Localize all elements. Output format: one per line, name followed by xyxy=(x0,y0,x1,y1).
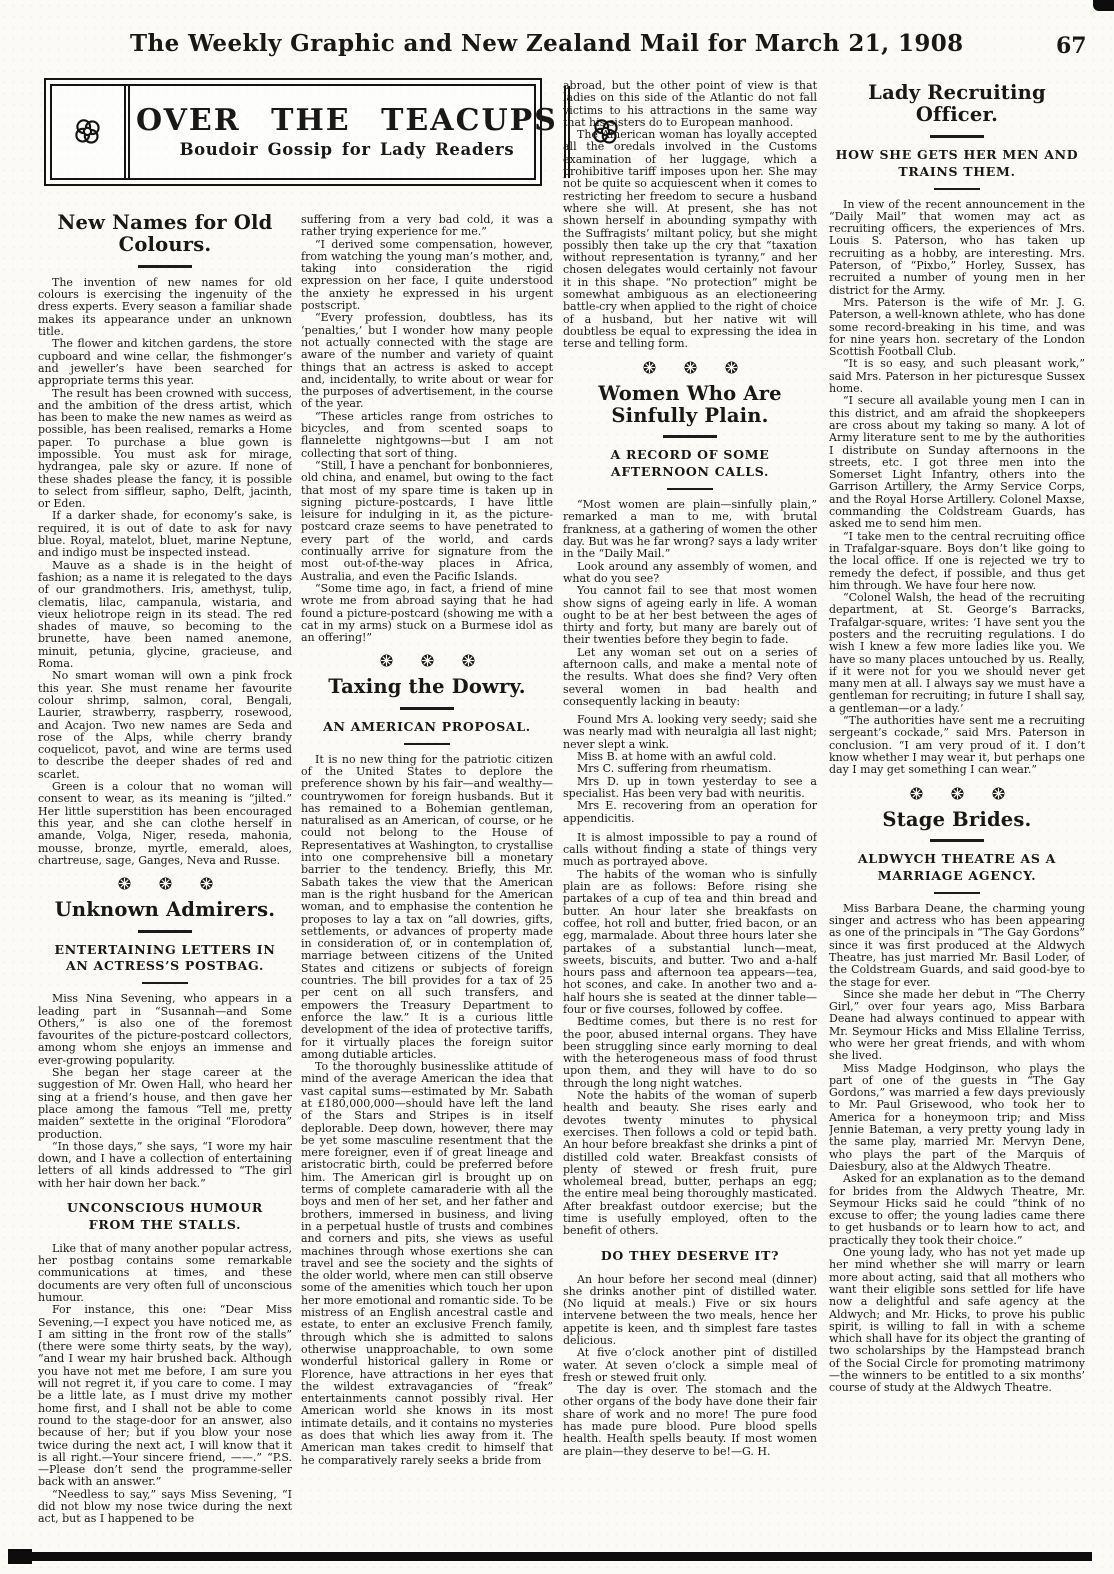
article-taxing-the-dowry-continued: abroad, but the other point of view is t… xyxy=(563,80,817,351)
article-taxing-the-dowry: Taxing the Dowry. AN AMERICAN PROPOSAL. … xyxy=(301,676,553,1467)
article-body: It is almost impossible to pay a round o… xyxy=(563,832,817,1238)
paragraph: She began her stage career at the sugges… xyxy=(38,1067,292,1141)
article-subhead: ENTERTAINING LETTERS IN AN ACTRESS’S POS… xyxy=(44,942,286,976)
asterisk-rosette-icon xyxy=(462,654,475,667)
subhead-rule xyxy=(934,188,980,190)
asterisk-rosette-icon xyxy=(159,877,172,890)
paragraph: abroad, but the other point of view is t… xyxy=(563,80,817,129)
rosette-flower-icon xyxy=(70,114,106,150)
article-subhead: UNCONSCIOUS HUMOUR FROM THE STALLS. xyxy=(44,1200,286,1234)
paragraph: Note the habits of the woman of superb h… xyxy=(563,1090,817,1238)
asterisk-rosette-icon xyxy=(380,654,393,667)
column-2: suffering from a very bad cold, it was a… xyxy=(301,214,553,1548)
headline-rule xyxy=(138,265,192,268)
article-body: Miss Nina Sevening, who appears in a lea… xyxy=(38,993,292,1190)
headline-rule xyxy=(138,930,192,933)
article-body: suffering from a very bad cold, it was a… xyxy=(301,214,553,644)
paragraph: “Every profession, doubtless, has its ‘p… xyxy=(301,312,553,410)
paragraph: An hour before her second meal (dinner) … xyxy=(563,1274,817,1348)
article-title: Lady Recruiting Officer. xyxy=(829,82,1085,127)
banner-subtitle: Boudoir Gossip for Lady Readers xyxy=(180,140,515,159)
asterisk-rosette-icon xyxy=(910,787,923,800)
afternoon-calls-list: Found Mrs A. looking very seedy; said sh… xyxy=(563,714,817,825)
column-3: abroad, but the other point of view is t… xyxy=(563,80,817,1550)
paragraph: Green is a colour that no woman will con… xyxy=(38,781,292,867)
paragraph: Let any woman set out on a series of aft… xyxy=(563,647,817,708)
paragraph: One young lady, who has not yet made up … xyxy=(829,1247,1085,1395)
paragraph: “These articles range from ostriches to … xyxy=(301,411,553,460)
asterisk-rosette-icon xyxy=(643,361,656,374)
paragraph: “The authorities have sent me a recruiti… xyxy=(829,715,1085,776)
teacups-banner-frame: OVER THE TEACUPS Boudoir Gossip for Lady… xyxy=(50,84,536,180)
teacups-banner: OVER THE TEACUPS Boudoir Gossip for Lady… xyxy=(44,78,542,186)
paragraph: Mrs. Paterson is the wife of Mr. J. G. P… xyxy=(829,297,1085,358)
call-entry: Mrs D. up in town yesterday to see a spe… xyxy=(563,776,817,801)
article-body: It is no new thing for the patriotic cit… xyxy=(301,754,553,1467)
paragraph: If a darker shade, for economy’s sake, i… xyxy=(38,510,292,559)
article-title: Taxing the Dowry. xyxy=(301,676,553,698)
paragraph: “In those days,” she says, “I wore my ha… xyxy=(38,1141,292,1190)
paragraph: In view of the recent announcement in th… xyxy=(829,199,1085,297)
paragraph: “Most women are plain—sinfully plain,” r… xyxy=(563,499,817,560)
article-unknown-admirers: Unknown Admirers. ENTERTAINING LETTERS I… xyxy=(38,899,292,1526)
article-stage-brides: Stage Brides. ALDWYCH THEATRE AS A MARRI… xyxy=(829,809,1085,1395)
masthead-title: The Weekly Graphic and New Zealand Mail … xyxy=(130,30,890,57)
headline-rule xyxy=(930,839,984,842)
paragraph: Since she made her debut in “The Cherry … xyxy=(829,989,1085,1063)
paragraph: You cannot fail to see that most women s… xyxy=(563,585,817,646)
paragraph: The invention of new names for old colou… xyxy=(38,277,292,338)
article-body: An hour before her second meal (dinner) … xyxy=(563,1274,817,1458)
scan-edge-bottom-bar xyxy=(8,1552,1092,1561)
subhead-rule xyxy=(934,892,980,894)
section-divider-ornament xyxy=(563,361,817,374)
paragraph: “Some time ago, in fact, a friend of min… xyxy=(301,583,553,644)
section-divider-ornament xyxy=(829,787,1085,800)
article-lady-recruiting-officer: Lady Recruiting Officer. HOW SHE GETS HE… xyxy=(829,82,1085,777)
paragraph: Miss Madge Hodginson, who plays the part… xyxy=(829,1063,1085,1174)
paragraph: The flower and kitchen gardens, the stor… xyxy=(38,338,292,387)
article-subhead: DO THEY DESERVE IT? xyxy=(569,1248,811,1265)
call-entry: Mrs C. suffering from rheumatism. xyxy=(563,763,817,775)
article-body: The invention of new names for old colou… xyxy=(38,277,292,867)
paragraph: suffering from a very bad cold, it was a… xyxy=(301,214,553,239)
subhead-rule xyxy=(404,743,450,745)
asterisk-rosette-icon xyxy=(421,654,434,667)
paragraph: “Still, I have a penchant for bonbonnier… xyxy=(301,460,553,583)
article-title: Stage Brides. xyxy=(829,809,1085,831)
article-body: “Most women are plain—sinfully plain,” r… xyxy=(563,499,817,708)
call-entry: Found Mrs A. looking very seedy; said sh… xyxy=(563,714,817,751)
paragraph: Look around any assembly of women, and w… xyxy=(563,561,817,586)
headline-rule xyxy=(930,135,984,138)
paragraph: “Colonel Walsh, the head of the recruiti… xyxy=(829,592,1085,715)
asterisk-rosette-icon xyxy=(118,877,131,890)
paragraph: Like that of many another popular actres… xyxy=(38,1243,292,1304)
article-body: abroad, but the other point of view is t… xyxy=(563,80,817,351)
banner-title-panel: OVER THE TEACUPS Boudoir Gossip for Lady… xyxy=(130,86,564,178)
paragraph: “It is so easy, and such pleasant work,”… xyxy=(829,358,1085,395)
scan-edge-blob xyxy=(8,1549,32,1564)
call-entry: Mrs E. recovering from an operation for … xyxy=(563,800,817,825)
paragraph: The American woman has loyally accepted … xyxy=(563,129,817,350)
page-number: 67 xyxy=(1056,33,1087,59)
scan-corner-speck xyxy=(1093,0,1114,11)
article-title: New Names for Old Colours. xyxy=(38,212,292,257)
paragraph: Bedtime comes, but there is no rest for … xyxy=(563,1016,817,1090)
paragraph: Mauve as a shade is in the height of fas… xyxy=(38,560,292,671)
banner-left-panel xyxy=(52,86,130,178)
article-subhead: A RECORD OF SOME AFTERNOON CALLS. xyxy=(569,447,811,481)
paragraph: “I derived some compensation, however, f… xyxy=(301,239,553,313)
asterisk-rosette-icon xyxy=(992,787,1005,800)
column-1: New Names for Old Colours. The invention… xyxy=(38,212,292,1548)
article-women-who-are-sinfully-plain: Women Who Are Sinfully Plain. A RECORD O… xyxy=(563,383,817,1458)
paragraph: It is almost impossible to pay a round o… xyxy=(563,832,817,869)
section-divider-ornament xyxy=(38,877,292,890)
paragraph: Miss Nina Sevening, who appears in a lea… xyxy=(38,993,292,1067)
subhead-rule xyxy=(667,488,713,490)
article-subhead: HOW SHE GETS HER MEN AND TRAINS THEM. xyxy=(835,147,1079,181)
article-body: In view of the recent announcement in th… xyxy=(829,199,1085,777)
paragraph: The habits of the woman who is sinfully … xyxy=(563,869,817,1017)
article-body: Like that of many another popular actres… xyxy=(38,1243,292,1526)
paragraph: “I take men to the central recruiting of… xyxy=(829,531,1085,592)
article-subhead: AN AMERICAN PROPOSAL. xyxy=(307,719,547,736)
subhead-rule xyxy=(142,982,188,984)
paragraph: No smart woman will own a pink frock thi… xyxy=(38,670,292,781)
paragraph: “I secure all available young men I can … xyxy=(829,395,1085,530)
headline-rule xyxy=(400,707,454,710)
paragraph: It is no new thing for the patriotic cit… xyxy=(301,754,553,1061)
paragraph: Miss Barbara Deane, the charming young s… xyxy=(829,903,1085,989)
paragraph: “Needless to say,” says Miss Sevening, “… xyxy=(38,1489,292,1526)
column-4: Lady Recruiting Officer. HOW SHE GETS HE… xyxy=(829,82,1085,1550)
article-unknown-admirers-continued: suffering from a very bad cold, it was a… xyxy=(301,214,553,644)
asterisk-rosette-icon xyxy=(200,877,213,890)
asterisk-rosette-icon xyxy=(951,787,964,800)
article-body: Miss Barbara Deane, the charming young s… xyxy=(829,903,1085,1395)
paragraph: For instance, this one: “Dear Miss Seven… xyxy=(38,1304,292,1488)
asterisk-rosette-icon xyxy=(684,361,697,374)
banner-title: OVER THE TEACUPS xyxy=(136,105,558,137)
paragraph: To the thoroughly businesslike attitude … xyxy=(301,1061,553,1467)
headline-rule xyxy=(663,435,717,438)
article-title: Women Who Are Sinfully Plain. xyxy=(563,383,817,428)
paragraph: At five o’clock another pint of distille… xyxy=(563,1347,817,1384)
article-new-names-for-old-colours: New Names for Old Colours. The invention… xyxy=(38,212,292,867)
paragraph: Asked for an explanation as to the deman… xyxy=(829,1173,1085,1247)
paragraph: The result has been crowned with success… xyxy=(38,388,292,511)
section-divider-ornament xyxy=(301,654,553,667)
article-subhead: ALDWYCH THEATRE AS A MARRIAGE AGENCY. xyxy=(835,851,1079,885)
article-title: Unknown Admirers. xyxy=(38,899,292,921)
asterisk-rosette-icon xyxy=(725,361,738,374)
paragraph: The day is over. The stomach and the oth… xyxy=(563,1384,817,1458)
